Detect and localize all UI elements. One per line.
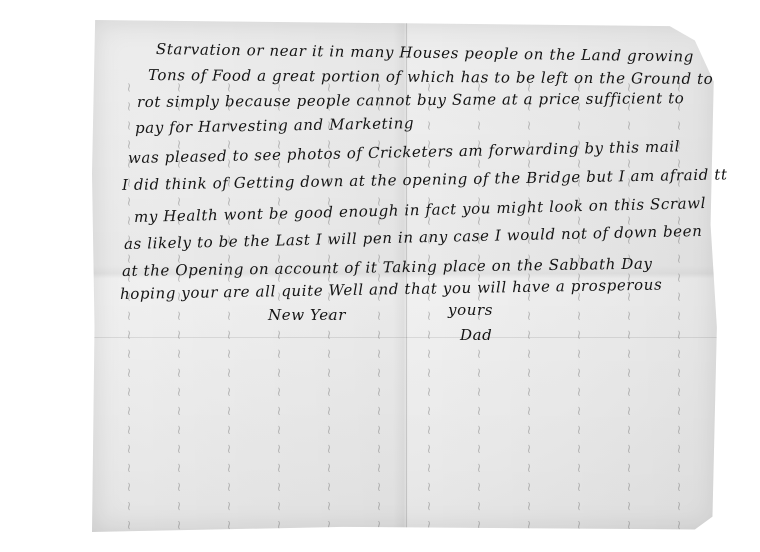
letter-body: Starvation or near it in many Houses peo… [0, 0, 760, 552]
letter-line-7: my Health wont be good enough in fact yo… [134, 194, 706, 226]
scan-canvas: ~ ~ ~ ~ ~ ~ ~ ~ ~ ~ ~ ~ ~ ~ ~ ~ ~ ~ ~ ~ … [0, 0, 760, 552]
letter-line-8: as likely to be the Last I will pen in a… [124, 222, 703, 253]
closing-yours: yours [448, 301, 493, 319]
letter-line-3: rot simply because people cannot buy Sam… [137, 89, 684, 111]
letter-line-6: I did think of Getting down at the openi… [122, 165, 728, 194]
letter-line-2: Tons of Food a great portion of which ha… [148, 66, 713, 88]
closing-new-year: New Year [268, 306, 346, 324]
letter-line-10: hoping your are all quite Well and that … [120, 276, 663, 303]
signature-dad: Dad [460, 326, 492, 344]
letter-line-4: pay for Harvesting and Marketing [135, 114, 414, 137]
letter-line-5: was pleased to see photos of Cricketers … [128, 137, 680, 167]
letter-line-1: Starvation or near it in many Houses peo… [156, 40, 694, 66]
